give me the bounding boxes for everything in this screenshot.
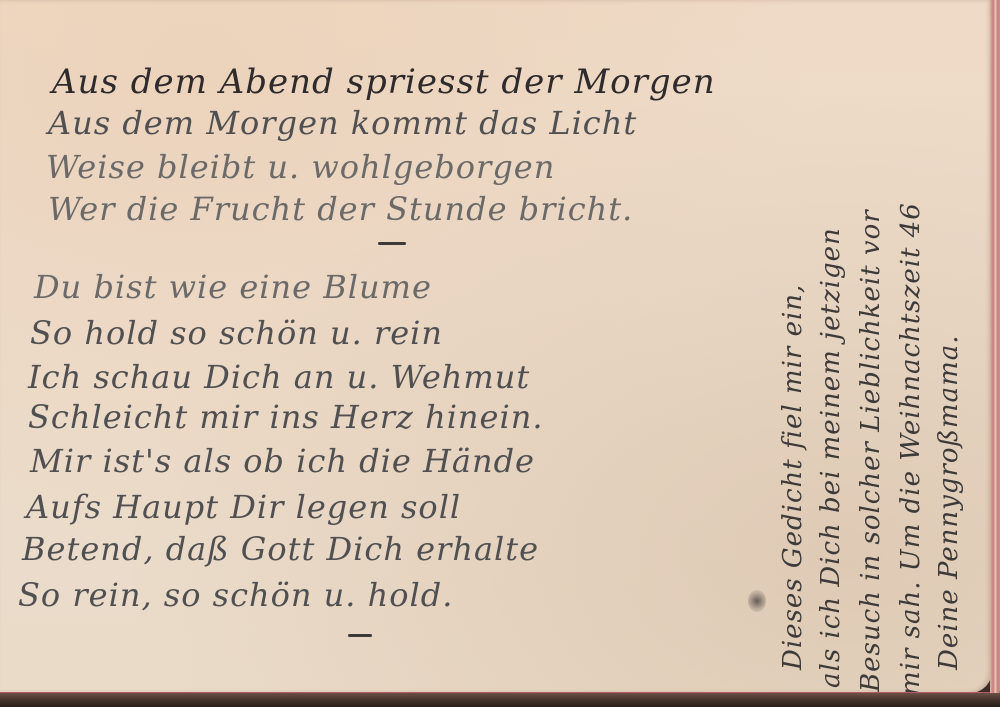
stanza-1-line-4: Wer die Frucht der Stunde bricht. bbox=[48, 190, 633, 228]
stanza-2-line-6: Aufs Haupt Dir legen soll bbox=[26, 488, 461, 526]
ink-smudge bbox=[748, 590, 766, 612]
poem-body: Aus dem Abend spriesst der Morgen Aus de… bbox=[0, 0, 760, 693]
side-note-line-4: mir sah. Um die Weihnachtszeit 46 bbox=[896, 202, 926, 696]
stanza-divider-2 bbox=[348, 634, 372, 637]
side-note-line-3: Besuch in solcher Lieblichkeit vor bbox=[856, 209, 886, 692]
stanza-1-line-2: Aus dem Morgen kommt das Licht bbox=[48, 104, 637, 142]
album-page: Aus dem Abend spriesst der Morgen Aus de… bbox=[0, 0, 992, 693]
book-spine-shadow bbox=[0, 693, 1000, 707]
stanza-2-line-7: Betend, daß Gott Dich erhalte bbox=[22, 530, 539, 568]
stanza-2-line-3: Ich schau Dich an u. Wehmut bbox=[28, 358, 530, 396]
side-note-line-5: Deine Pennygroßmama. bbox=[934, 334, 964, 670]
stanza-2-line-5: Mir ist's als ob ich die Hände bbox=[30, 442, 535, 480]
side-note-line-2: als ich Dich bei meinem jetzigen bbox=[816, 227, 846, 688]
side-note-line-1: Dieses Gedicht fiel mir ein, bbox=[778, 284, 808, 670]
stanza-2-line-1: Du bist wie eine Blume bbox=[34, 268, 432, 306]
page-edge-gilt bbox=[990, 0, 1000, 700]
stanza-1-line-3: Weise bleibt u. wohlgeborgen bbox=[46, 148, 555, 186]
stanza-2-line-4: Schleicht mir ins Herz hinein. bbox=[28, 398, 543, 436]
stanza-2-line-8: So rein, so schön u. hold. bbox=[18, 576, 453, 614]
stanza-1-line-1: Aus dem Abend spriesst der Morgen bbox=[52, 62, 716, 102]
side-dedication-note: Dieses Gedicht fiel mir ein, als ich Dic… bbox=[770, 20, 980, 680]
stanza-2-line-2: So hold so schön u. rein bbox=[30, 314, 443, 352]
stanza-divider-1 bbox=[378, 242, 406, 245]
